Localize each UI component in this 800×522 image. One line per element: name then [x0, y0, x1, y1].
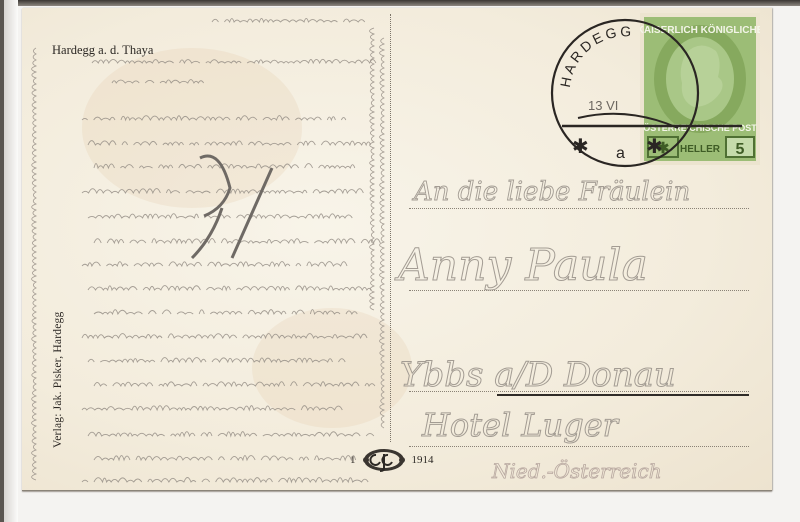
address-name: Anny Paula [394, 240, 648, 291]
stamp-unit: HELLER [680, 144, 721, 155]
postage-stamp: KAISERLICH KÖNIGLICHE ÖSTERREICHISCHE PO… [640, 13, 760, 165]
address-line-2 [409, 290, 749, 291]
place-title: Hardegg a. d. Thaya [52, 43, 153, 58]
paper-stain [252, 308, 412, 428]
scanner-edge-top [0, 0, 800, 6]
svg-text:ÖSTERREICHISCHE POST: ÖSTERREICHISCHE POST [643, 123, 757, 133]
postmark-letter: a [616, 145, 625, 162]
postmark-date: 13 VI [588, 98, 618, 113]
postcard: Hardegg a. d. Thaya Verlag: Jak. Pisker,… [22, 8, 772, 491]
asterisk-icon: ✱ [572, 136, 589, 158]
svg-text:HARDEGG: HARDEGG [557, 23, 634, 88]
print-footer: 1 1914 [350, 446, 434, 474]
svg-text:✱: ✱ [657, 140, 670, 157]
print-year: 1914 [412, 454, 434, 466]
postmark-town: HARDEGG [557, 23, 634, 88]
paper-stain [82, 48, 302, 208]
ornamental-monogram-icon [362, 446, 406, 474]
scanner-margin-left [4, 0, 18, 522]
address-line-3 [409, 391, 749, 392]
address-street: Ybbs a/D Donau [400, 355, 676, 395]
address-region: Nied.-Österreich [491, 458, 662, 483]
serial-number: 1 [350, 454, 356, 466]
stamp-inscription-top: KAISERLICH KÖNIGLICHE [640, 23, 760, 36]
address-hotel: Hotel Luger [421, 406, 620, 444]
dotted-divider [390, 14, 391, 442]
address-underline-bold [497, 394, 749, 396]
address-line-1 [409, 208, 749, 209]
address-salutation: An die liebe Fräulein [412, 177, 690, 207]
publisher-imprint: Verlag: Jak. Pisker, Hardegg [52, 312, 64, 448]
stamp-value: 5 [736, 141, 745, 158]
address-line-4 [409, 446, 749, 447]
